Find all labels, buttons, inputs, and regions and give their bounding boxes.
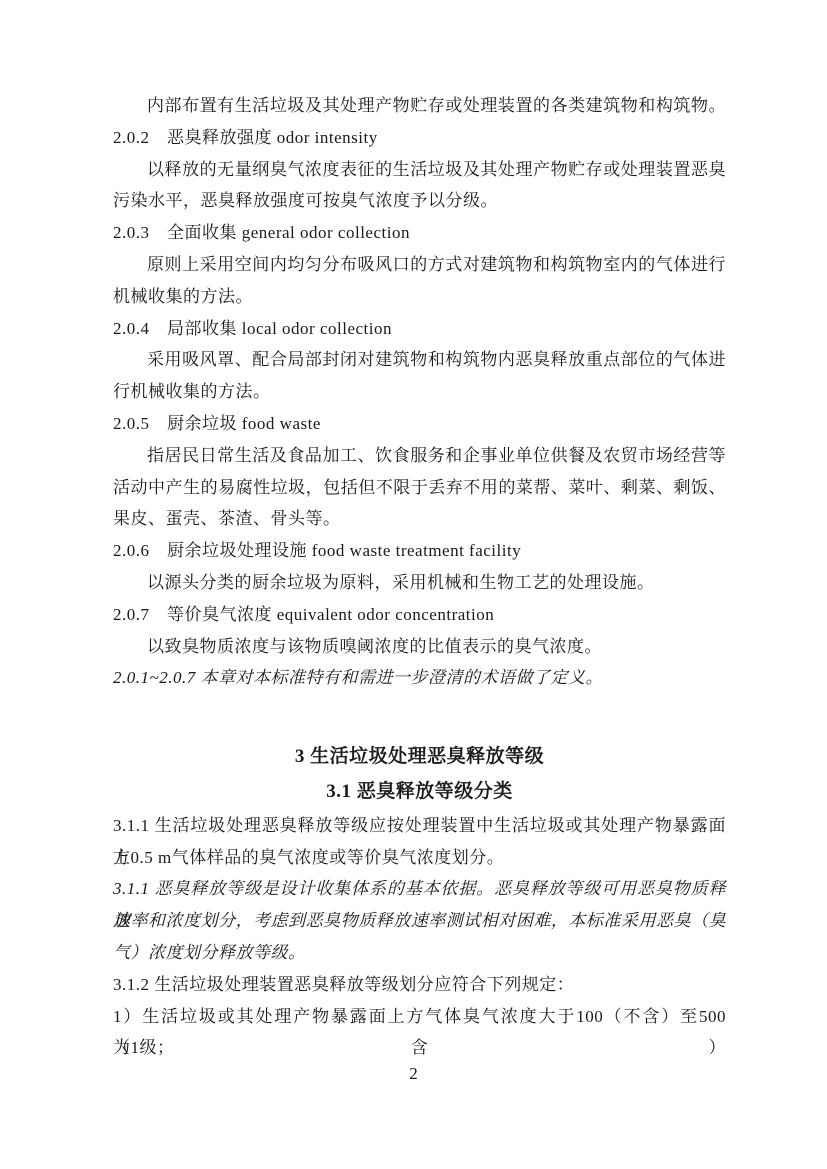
- body-text-line: 1）生活垃圾或其处理产物暴露面上方气体臭气浓度大于100（不含）至500（含）: [113, 1001, 726, 1033]
- body-text-line: 3.1.2 生活垃圾处理装置恶臭释放等级划分应符合下列规定：: [113, 969, 726, 1001]
- body-text-line: 果皮、蛋壳、茶渣、骨头等。: [113, 503, 726, 535]
- section-2-terms-block: 内部布置有生活垃圾及其处理产物贮存或处理装置的各类建筑物和构筑物。2.0.2 恶…: [113, 90, 726, 694]
- body-text-line: 机械收集的方法。: [113, 281, 726, 313]
- explanatory-note-line: 气）浓度划分释放等级。: [113, 937, 726, 969]
- body-text-line: 原则上采用空间内均匀分布吸风口的方式对建筑物和构筑物室内的气体进行: [113, 249, 726, 281]
- document-page: 内部布置有生活垃圾及其处理产物贮存或处理装置的各类建筑物和构筑物。2.0.2 恶…: [0, 0, 827, 1169]
- section-3-content-block: 3.1.1 生活垃圾处理恶臭释放等级应按处理装置中生活垃圾或其处理产物暴露面上方…: [113, 810, 726, 1064]
- explanatory-note-line: 3.1.1 恶臭释放等级是设计收集体系的基本依据。恶臭释放等级可用恶臭物质释放: [113, 873, 726, 905]
- body-text-line: 指居民日常生活及食品加工、饮食服务和企事业单位供餐及农贸市场经营等: [113, 440, 726, 472]
- explanatory-note-line: 2.0.1~2.0.7 本章对本标准特有和需进一步澄清的术语做了定义。: [113, 662, 726, 694]
- term-definition-line: 2.0.6 厨余垃圾处理设施 food waste treatment faci…: [113, 535, 726, 567]
- term-definition-line: 2.0.7 等价臭气浓度 equivalent odor concentrati…: [113, 599, 726, 631]
- section-3-1-heading: 3.1 恶臭释放等级分类: [113, 774, 726, 809]
- body-text-line: 活动中产生的易腐性垃圾，包括但不限于丢弃不用的菜帮、菜叶、剩菜、剩饭、: [113, 472, 726, 504]
- term-definition-line: 2.0.2 恶臭释放强度 odor intensity: [113, 122, 726, 154]
- body-text-line: 行机械收集的方法。: [113, 376, 726, 408]
- page-content: 内部布置有生活垃圾及其处理产物贮存或处理装置的各类建筑物和构筑物。2.0.2 恶…: [113, 90, 726, 1064]
- chapter-3-heading: 3 生活垃圾处理恶臭释放等级: [113, 739, 726, 774]
- body-text-line: 以源头分类的厨余垃圾为原料，采用机械和生物工艺的处理设施。: [113, 567, 726, 599]
- body-text-line: 3.1.1 生活垃圾处理恶臭释放等级应按处理装置中生活垃圾或其处理产物暴露面上: [113, 810, 726, 842]
- explanatory-note-line: 速率和浓度划分，考虑到恶臭物质释放速率测试相对困难，本标准采用恶臭（臭: [113, 905, 726, 937]
- body-text-line: 污染水平，恶臭释放强度可按臭气浓度予以分级。: [113, 185, 726, 217]
- body-text-line: 采用吸风罩、配合局部封闭对建筑物和构筑物内恶臭释放重点部位的气体进: [113, 344, 726, 376]
- term-definition-line: 2.0.5 厨余垃圾 food waste: [113, 408, 726, 440]
- term-definition-line: 2.0.4 局部收集 local odor collection: [113, 313, 726, 345]
- page-number: 2: [0, 1058, 827, 1090]
- body-text-line: 以致臭物质浓度与该物质嗅阈浓度的比值表示的臭气浓度。: [113, 631, 726, 663]
- term-definition-line: 2.0.3 全面收集 general odor collection: [113, 217, 726, 249]
- body-text-line: 以释放的无量纲臭气浓度表征的生活垃圾及其处理产物贮存或处理装置恶臭: [113, 154, 726, 186]
- body-text-line: 内部布置有生活垃圾及其处理产物贮存或处理装置的各类建筑物和构筑物。: [113, 90, 726, 122]
- body-text-line: 方0.5 m气体样品的臭气浓度或等价臭气浓度划分。: [113, 842, 726, 874]
